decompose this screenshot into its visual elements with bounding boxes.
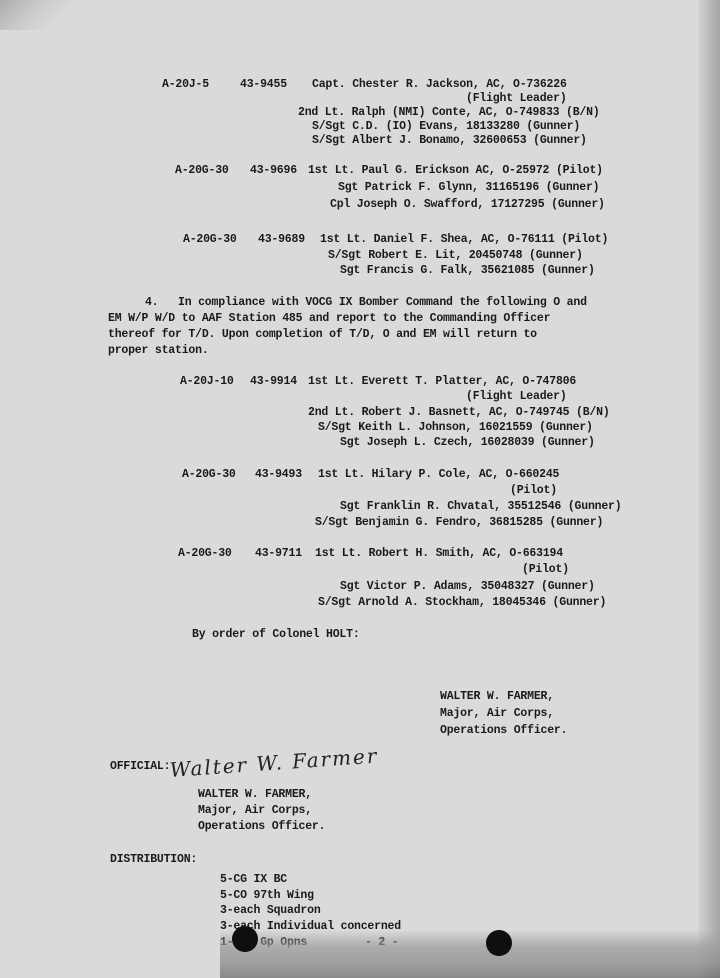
signature-name: WALTER W. FARMER, — [440, 690, 554, 703]
paper-edge-right — [698, 0, 720, 978]
signature-title: Operations Officer. — [440, 724, 567, 737]
crew-member: 2nd Lt. Ralph (NMI) Conte, AC, O-749833 … — [298, 106, 600, 119]
crew-member: Sgt Francis G. Falk, 35621085 (Gunner) — [340, 264, 595, 277]
paragraph-number: 4. — [145, 296, 158, 309]
distribution-item: 5-CG IX BC — [220, 873, 287, 886]
crew-member: S/Sgt Keith L. Johnson, 16021559 (Gunner… — [318, 421, 593, 434]
crew-member: S/Sgt Benjamin G. Fendro, 36815285 (Gunn… — [315, 516, 603, 529]
crew-note: (Pilot) — [522, 563, 569, 576]
crew-member: S/Sgt C.D. (IO) Evans, 18133280 (Gunner) — [312, 120, 580, 133]
distribution-label: DISTRIBUTION: — [110, 853, 197, 866]
crew-member: S/Sgt Arnold A. Stockham, 18045346 (Gunn… — [318, 596, 606, 609]
punch-hole — [232, 926, 258, 952]
crew-member: Sgt Franklin R. Chvatal, 35512546 (Gunne… — [340, 500, 621, 513]
aircraft-type: A-20G-30 — [183, 233, 237, 246]
crew-note: (Flight Leader) — [466, 92, 567, 105]
aircraft-type: A-20G-30 — [182, 468, 236, 481]
crew-member: Sgt Patrick F. Glynn, 31165196 (Gunner) — [338, 181, 599, 194]
crew-note: (Pilot) — [510, 484, 557, 497]
paragraph-line: EM W/P W/D to AAF Station 485 and report… — [108, 312, 550, 325]
crew-member: Capt. Chester R. Jackson, AC, O-736226 — [312, 78, 567, 91]
crew-member: Sgt Joseph L. Czech, 16028039 (Gunner) — [340, 436, 595, 449]
aircraft-serial: 43-9711 — [255, 547, 302, 560]
punch-hole — [486, 930, 512, 956]
paragraph-line: thereof for T/D. Upon completion of T/D,… — [108, 328, 537, 341]
aircraft-type: A-20G-30 — [178, 547, 232, 560]
aircraft-serial: 43-9455 — [240, 78, 287, 91]
crew-member: Cpl Joseph O. Swafford, 17127295 (Gunner… — [330, 198, 605, 211]
crew-member: Sgt Victor P. Adams, 35048327 (Gunner) — [340, 580, 595, 593]
official-label: OFFICIAL: — [110, 760, 170, 773]
crew-member: S/Sgt Albert J. Bonamo, 32600653 (Gunner… — [312, 134, 587, 147]
paragraph-line: proper station. — [108, 344, 209, 357]
crew-member: 1st Lt. Paul G. Erickson AC, O-25972 (Pi… — [308, 164, 603, 177]
paper-damage-bottom — [220, 930, 720, 978]
crew-member: 1st Lt. Daniel F. Shea, AC, O-76111 (Pil… — [320, 233, 608, 246]
paragraph-line: In compliance with VOCG IX Bomber Comman… — [178, 296, 587, 309]
crew-member: S/Sgt Robert E. Lit, 20450748 (Gunner) — [328, 249, 583, 262]
crew-note: (Flight Leader) — [466, 390, 567, 403]
aircraft-serial: 43-9696 — [250, 164, 297, 177]
official-name: WALTER W. FARMER, — [198, 788, 312, 801]
aircraft-type: A-20J-10 — [180, 375, 234, 388]
document-page: A-20J-5 43-9455 Capt. Chester R. Jackson… — [0, 0, 720, 978]
official-title: Operations Officer. — [198, 820, 325, 833]
crew-member: 2nd Lt. Robert J. Basnett, AC, O-749745 … — [308, 406, 610, 419]
aircraft-serial: 43-9493 — [255, 468, 302, 481]
by-order-line: By order of Colonel HOLT: — [192, 628, 360, 641]
aircraft-serial: 43-9689 — [258, 233, 305, 246]
crew-member: 1st Lt. Everett T. Platter, AC, O-747806 — [308, 375, 576, 388]
distribution-item: 3-each Squadron — [220, 904, 321, 917]
official-rank: Major, Air Corps, — [198, 804, 312, 817]
aircraft-serial: 43-9914 — [250, 375, 297, 388]
crew-member: 1st Lt. Robert H. Smith, AC, O-663194 — [315, 547, 563, 560]
paper-damage-top-left — [0, 0, 70, 30]
distribution-item: 5-CO 97th Wing — [220, 889, 314, 902]
aircraft-type: A-20J-5 — [162, 78, 209, 91]
signature-rank: Major, Air Corps, — [440, 707, 554, 720]
crew-member: 1st Lt. Hilary P. Cole, AC, O-660245 — [318, 468, 559, 481]
aircraft-type: A-20G-30 — [175, 164, 229, 177]
